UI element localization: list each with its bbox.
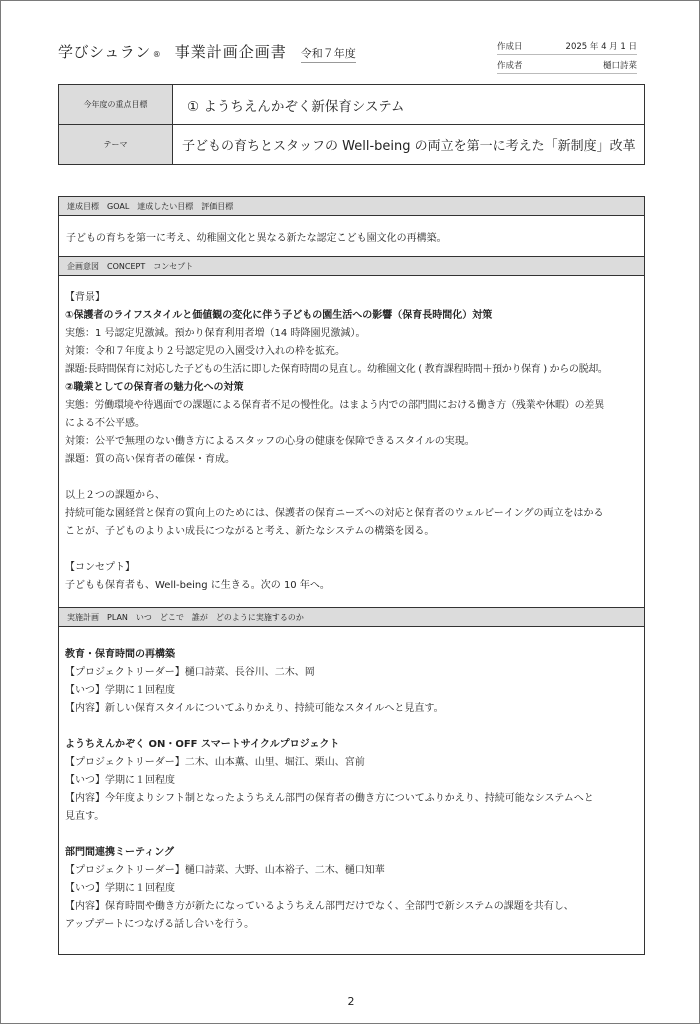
brand-name: 学びシュラン — [58, 41, 151, 62]
project-title: ようちえんかぞく ON・OFF スマートサイクルプロジェクト — [65, 736, 638, 754]
spacer — [65, 541, 638, 559]
row-value: 子どもの育ちとスタッフの Well-being の両立を第一に考えた「新制度」改… — [173, 125, 644, 164]
concept-line: 課題：質の高い保育者の確保・育成。 — [65, 451, 638, 469]
concept-line: 対策：公平で無理のない働き方によるスタッフの心身の健康を保障できるスタイルの実現… — [65, 433, 638, 451]
concept-line: 実態：労働環境や待遇面での課題による保育者不足の慢性化。はまよう内での部門間にお… — [65, 397, 638, 415]
meta-author: 作成者 樋口詩菜 — [497, 58, 637, 74]
concept-line: 対策：令和７年度より２号認定児の入園受け入れの枠を拡充。 — [65, 343, 638, 361]
concept-body: 【背景】 ①保護者のライフスタイルと価値観の変化に伴う子どもの園生活への影響（保… — [59, 276, 644, 607]
row-value: ① ようちえんかぞく新保育システム — [173, 85, 644, 124]
project-content: 【内容】新しい保育スタイルについてふりかえり、持続可能なスタイルへと見直す。 — [65, 700, 638, 718]
concept-line: 実態：1 号認定児激減。預かり保育利用者増（14 時降園児激減）。 — [65, 325, 638, 343]
project-leaders: 【プロジェクトリーダー】樋口詩菜、長谷川、二木、岡 — [65, 664, 638, 682]
concept-line: 【コンセプト】 — [65, 559, 638, 577]
plan-section-heading: 実施計画 PLAN いつ どこで 誰が どのように実施するのか — [59, 607, 644, 627]
theme-row: テーマ 子どもの育ちとスタッフの Well-being の両立を第一に考えた「新… — [59, 124, 644, 164]
concept-line: 以上２つの課題から、 — [65, 487, 638, 505]
project-title: 教育・保育時間の再構築 — [65, 646, 638, 664]
meta-value: 2025 年 4 月 1 日 — [566, 40, 637, 52]
goal-text: 子どもの育ちを第一に考え、幼稚園文化と異なる新たな認定こども園文化の再構築。 — [59, 216, 644, 256]
project-when: 【いつ】学期に１回程度 — [65, 682, 638, 700]
fiscal-year: 令和７年度 — [301, 45, 356, 63]
page-number: 2 — [1, 995, 700, 1008]
concept-line: 課題:長時間保育に対応した子どもの生活に即した保育時間の見直し。幼稚園文化 ( … — [65, 361, 638, 379]
meta-value: 樋口詩菜 — [603, 59, 637, 71]
row-label: テーマ — [59, 125, 173, 164]
concept-line: ことが、子どものよりよい成長につながると考え、新たなシステムの構築を図る。 — [65, 523, 638, 541]
spacer — [65, 826, 638, 844]
project-when: 【いつ】学期に１回程度 — [65, 880, 638, 898]
project-when: 【いつ】学期に１回程度 — [65, 772, 638, 790]
concept-line: 【背景】 — [65, 289, 638, 307]
project-content: 【内容】今年度よりシフト制となったようちえん部門の保育者の働き方についてふりかえ… — [65, 790, 638, 808]
registered-mark: ® — [153, 50, 161, 59]
concept-line: による不公平感。 — [65, 415, 638, 433]
project-leaders: 【プロジェクトリーダー】樋口詩菜、大野、山本裕子、二木、樋口知華 — [65, 862, 638, 880]
priority-goal-row: 今年度の重点目標 ① ようちえんかぞく新保育システム — [59, 85, 644, 124]
document-meta: 作成日 2025 年 4 月 1 日 作成者 樋口詩菜 — [497, 39, 637, 77]
document-title: 事業計画企画書 — [175, 41, 287, 62]
spacer — [65, 718, 638, 736]
project-item: 部門間連携ミーティング 【プロジェクトリーダー】樋口詩菜、大野、山本裕子、二木、… — [65, 844, 638, 934]
meta-label: 作成者 — [497, 59, 523, 71]
concept-line: 子どもも保育者も、Well-being に生きる。次の 10 年へ。 — [65, 577, 638, 595]
goal-section-heading: 達成目標 GOAL 達成したい目標 評価目標 — [59, 197, 644, 216]
project-content: 【内容】保育時間や働き方が新たになっているようちえん部門だけでなく、全部門で新シ… — [65, 898, 638, 916]
project-item: 教育・保育時間の再構築 【プロジェクトリーダー】樋口詩菜、長谷川、二木、岡 【い… — [65, 646, 638, 718]
meta-created-date: 作成日 2025 年 4 月 1 日 — [497, 39, 637, 55]
project-item: ようちえんかぞく ON・OFF スマートサイクルプロジェクト 【プロジェクトリー… — [65, 736, 638, 826]
row-label: 今年度の重点目標 — [59, 85, 173, 124]
concept-line: ①保護者のライフスタイルと価値観の変化に伴う子どもの園生活への影響（保育長時間化… — [65, 307, 638, 325]
document-page: 学びシュラン ® 事業計画企画書 令和７年度 作成日 2025 年 4 月 1 … — [0, 0, 700, 1024]
project-title: 部門間連携ミーティング — [65, 844, 638, 862]
concept-section-heading: 企画意図 CONCEPT コンセプト — [59, 256, 644, 276]
plan-sheet: 達成目標 GOAL 達成したい目標 評価目標 子どもの育ちを第一に考え、幼稚園文… — [58, 196, 645, 955]
concept-line: 持続可能な園経営と保育の質向上のためには、保護者の保育ニーズへの対応と保育者のウ… — [65, 505, 638, 523]
project-content: アップデートにつなげる話し合いを行う。 — [65, 916, 638, 934]
project-content: 見直す。 — [65, 808, 638, 826]
title-block: 学びシュラン ® 事業計画企画書 令和７年度 — [58, 41, 356, 63]
plan-body: 教育・保育時間の再構築 【プロジェクトリーダー】樋口詩菜、長谷川、二木、岡 【い… — [59, 627, 644, 934]
spacer — [65, 469, 638, 487]
meta-label: 作成日 — [497, 40, 523, 52]
priority-table: 今年度の重点目標 ① ようちえんかぞく新保育システム テーマ 子どもの育ちとスタ… — [58, 84, 645, 165]
concept-line: ②職業としての保育者の魅力化への対策 — [65, 379, 638, 397]
project-leaders: 【プロジェクトリーダー】二木、山本薫、山里、堀江、栗山、宮前 — [65, 754, 638, 772]
